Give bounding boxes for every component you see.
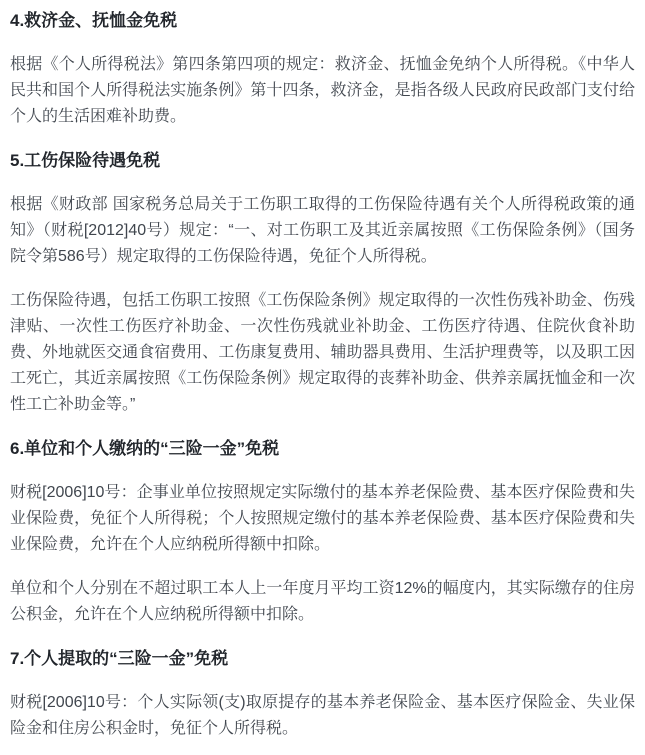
paragraph-three-insurances-contribution: 财税[2006]10号：企事业单位按照规定实际缴付的基本养老保险费、基本医疗保险… xyxy=(10,480,635,558)
paragraph-work-injury-notice: 根据《财政部 国家税务总局关于工伤职工取得的工伤保险待遇有关个人所得税政策的通知… xyxy=(10,192,635,270)
section-heading-personal-withdrawal: 7.个人提取的“三险一金”免税 xyxy=(10,646,635,672)
paragraph-relief-pension-rule: 根据《个人所得税法》第四条第四项的规定：救济金、抚恤金免纳个人所得税。《中华人民… xyxy=(10,52,635,130)
section-heading-relief-pension: 4.救济金、抚恤金免税 xyxy=(10,8,635,34)
paragraph-personal-withdrawal-rule: 财税[2006]10号：个人实际领(支)取原提存的基本养老保险金、基本医疗保险金… xyxy=(10,690,635,742)
section-heading-employer-personal-contributions: 6.单位和个人缴纳的“三险一金”免税 xyxy=(10,436,635,462)
paragraph-work-injury-benefits-detail: 工伤保险待遇，包括工伤职工按照《工伤保险条例》规定取得的一次性伤残补助金、伤残津… xyxy=(10,288,635,418)
tax-exemption-article: 4.救济金、抚恤金免税 根据《个人所得税法》第四条第四项的规定：救济金、抚恤金免… xyxy=(10,8,635,742)
paragraph-housing-fund-12-percent: 单位和个人分别在不超过职工本人上一年度月平均工资12%的幅度内，其实际缴存的住房… xyxy=(10,576,635,628)
section-heading-work-injury-insurance: 5.工伤保险待遇免税 xyxy=(10,148,635,174)
